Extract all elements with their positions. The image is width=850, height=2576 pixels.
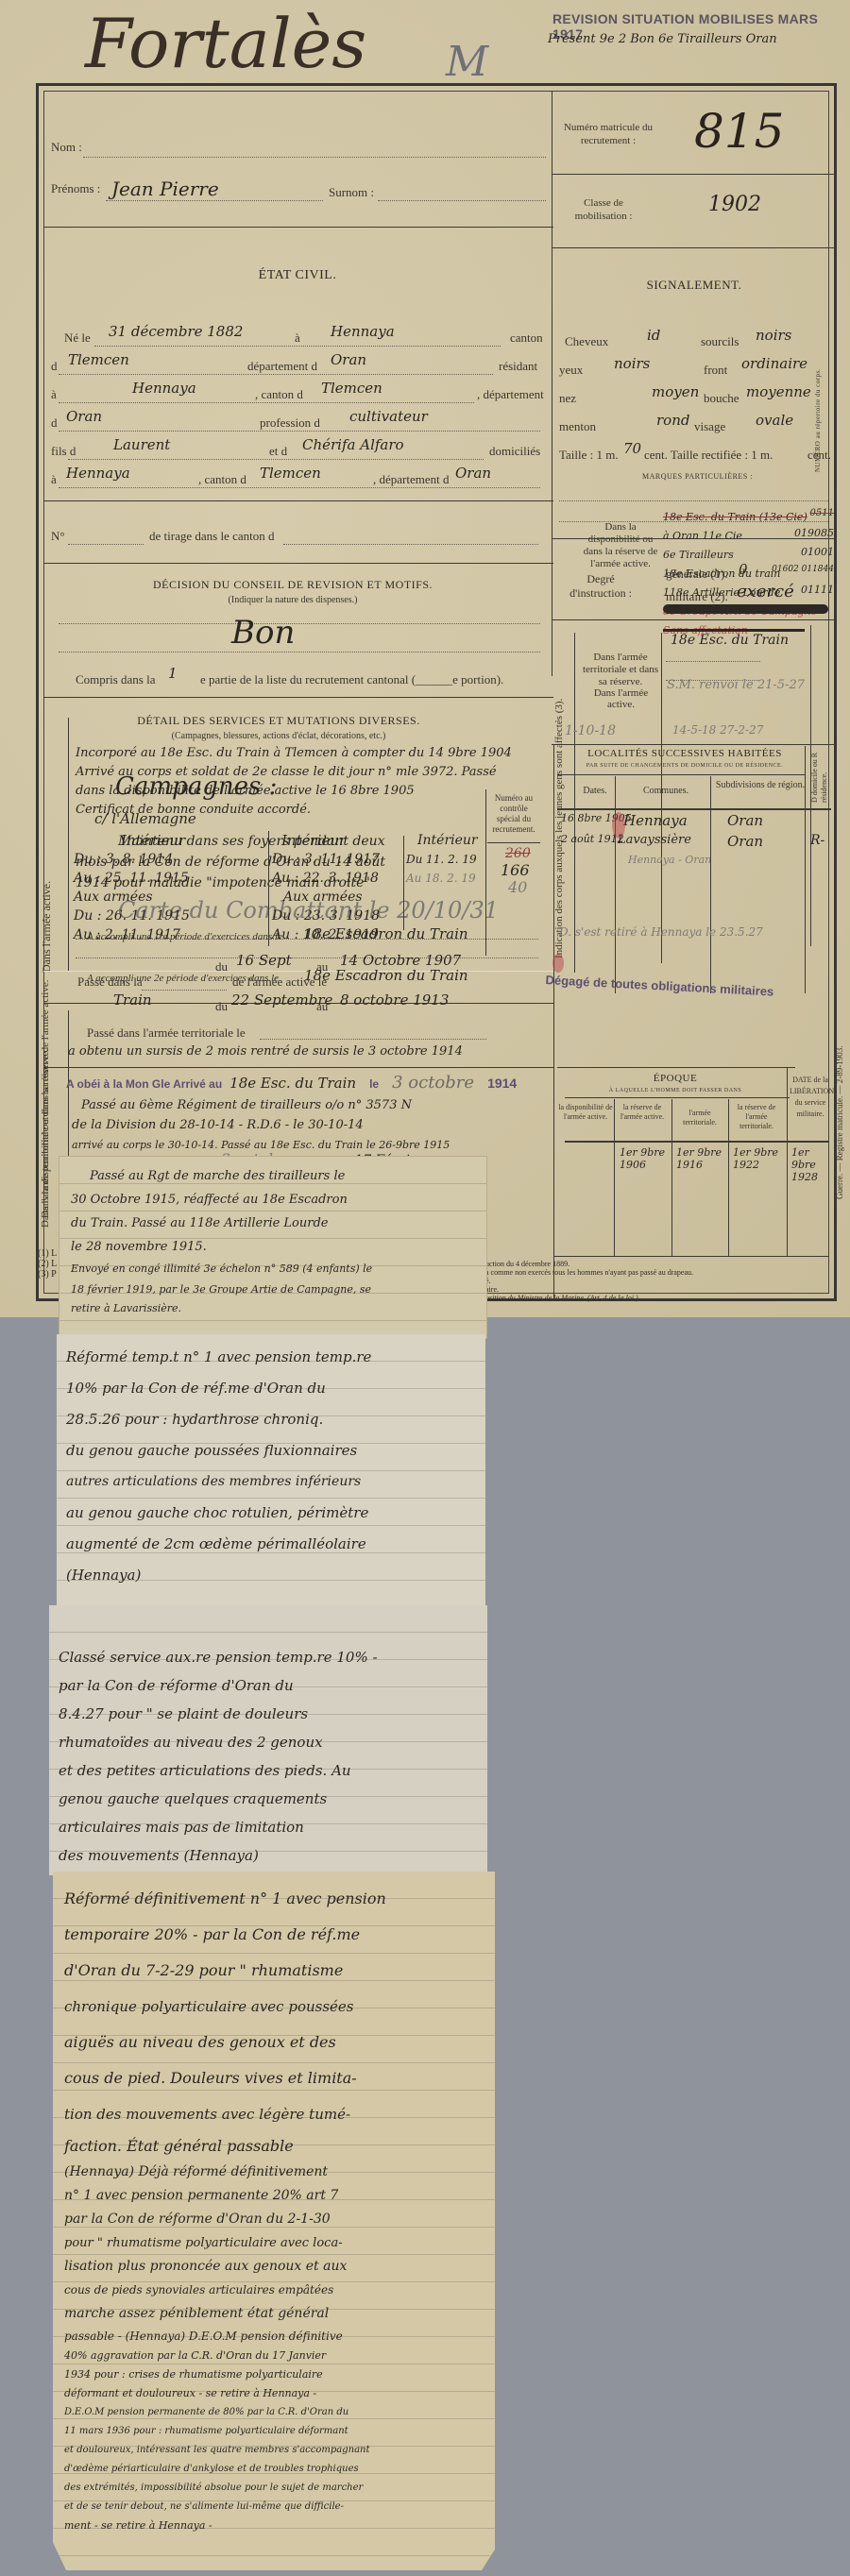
matricule-value: 815: [694, 104, 784, 159]
d-label: d: [51, 359, 58, 374]
nez-label: nez: [559, 391, 576, 406]
campagnes-subtitle: c/ l'Allemagne: [94, 810, 196, 827]
birthplace: Hennaya: [331, 323, 395, 340]
dispo-entry: 118e Artillerie Lourde 01111: [663, 584, 838, 602]
periode2-train: Train: [113, 991, 152, 1008]
controle-label: Numéro au contrôle spécial du recrutemen…: [487, 793, 540, 835]
domicile-value: Hennaya: [66, 465, 130, 482]
residant-label: résidant: [499, 359, 537, 374]
visage-label: visage: [694, 419, 725, 434]
front-value: ordinaire: [741, 355, 807, 372]
mobilisation-side-label: Dans l'armée territoriale et dans sa rés…: [40, 1049, 51, 1228]
periode2-au-label: au: [316, 999, 328, 1014]
visage-value: ovale: [756, 412, 793, 429]
liberation-value: 1er 9bre 1928: [791, 1146, 831, 1183]
surnom-label: Surnom :: [329, 185, 374, 200]
sourcils-value: noirs: [756, 327, 791, 344]
menton-value: rond: [656, 412, 689, 429]
pasted-slip-3: Classé service aux.re pension temp.re 10…: [49, 1605, 487, 1875]
epoque-col-reserve-terr: la réserve de l'armée territoriale.: [729, 1103, 784, 1131]
pasted-slip-2: Réformé temp.t n° 1 avec pension temp.re…: [57, 1334, 485, 1606]
classe-label: Classe de mobilisation :: [561, 196, 646, 223]
epoque-reserve-terr-value: 1er 9bre 1922: [733, 1146, 785, 1171]
canton-label-3: , canton d: [198, 472, 246, 487]
cheveux-value: id: [647, 327, 660, 344]
epoque-reserve-value: 1er 9bre 1906: [620, 1146, 671, 1171]
dispo-entry: Sans affectation: [663, 621, 838, 640]
territoriale-value: S.M. renvoi le 21-5-27: [667, 678, 805, 692]
localites-subtitle: PAR SUITE DE CHANGEMENTS DE DOMICILE OU …: [557, 763, 812, 769]
departement-label: département d: [247, 359, 317, 374]
localites-title: LOCALITÉS SUCCESSIVES HABITÉES: [557, 748, 812, 759]
stamp-note: Présent 9e 2 Bon 6e Tirailleurs Oran: [548, 32, 777, 46]
etat-civil-title: ÉTAT CIVIL.: [142, 268, 453, 283]
controle-value: 166: [501, 861, 530, 879]
periode1-du: 16 Sept: [236, 952, 292, 969]
epoque-territoriale-value: 1er 9bre 1916: [676, 1146, 728, 1171]
dispo-entry: 18e Esc. du Train (13e Cie) 0511: [663, 508, 838, 527]
pasted-slip-4: Réformé définitivement n° 1 avec pension…: [53, 1872, 495, 2570]
taille-label: Taille : 1 m.: [559, 448, 619, 463]
domicile-canton: Tlemcen: [260, 465, 321, 482]
epoque-col-dispo: la disponibilité de l'armée active.: [557, 1103, 614, 1122]
bouche-value: moyenne: [746, 383, 811, 400]
epoque-col-reserve: la réserve de l'armée active.: [614, 1103, 671, 1122]
periode2-label: A accompli une 2e période d'exercices da…: [87, 973, 279, 984]
cheveux-label: Cheveux: [565, 334, 608, 349]
d-label-2: d: [51, 415, 58, 431]
profession-label: profession d: [260, 415, 320, 431]
tirage-label: de tirage dans le canton d: [149, 529, 274, 544]
profession-value: cultivateur: [349, 408, 428, 425]
epoque-title: ÉPOQUE: [557, 1073, 793, 1084]
compris-value: 1: [168, 665, 178, 682]
canton-label-2: , canton d: [255, 387, 303, 402]
dispo-entry: 6e Tirailleurs 01001: [663, 546, 838, 565]
domicile-departement: Oran: [455, 465, 491, 482]
periode2-au: 8 octobre 1913: [340, 991, 449, 1008]
yeux-value: noirs: [614, 355, 650, 372]
periode2-unit: 18e Escadron du Train: [304, 967, 468, 984]
localite-row: 16 8bre 1905 Hennaya Oran: [557, 812, 831, 833]
margin-mark: M: [446, 38, 488, 86]
compris-suffix: e partie de la liste du recrutement cant…: [200, 672, 503, 687]
campagnes-column: Intérieur Du 11. 2. 19 Au 18. 2. 19: [406, 831, 486, 888]
prenoms-label: Prénoms :: [51, 181, 100, 196]
signalement-title: SIGNALEMENT.: [567, 278, 822, 293]
marques-label: MARQUES PARTICULIÈRES :: [642, 472, 753, 481]
pencil-date-2: 14-5-18 27-2-27: [672, 723, 763, 737]
dispo-label: Dans la disponibilité ou dans la réserve…: [578, 521, 663, 570]
et-label: et d: [269, 444, 287, 459]
compris-prefix: Compris dans la: [76, 672, 156, 687]
birth-date: 31 décembre 1882: [109, 323, 243, 340]
taille-rectifiee-label: cent. Taille rectifiée : 1 m.: [644, 448, 773, 463]
residence-canton: Tlemcen: [321, 380, 382, 397]
front-label: front: [704, 363, 727, 378]
localites-rows: 16 8bre 1905 Hennaya Oran 2 août 1912 La…: [557, 812, 831, 874]
pencil-date-1: 1-10-18: [565, 723, 616, 738]
dispo-entry: 18e Escadron du train 01602 011844: [663, 565, 838, 584]
detail-title: DÉTAIL DES SERVICES ET MUTATIONS DIVERSE…: [113, 714, 444, 728]
registre-side-print: Guerre. — Registre matricule. — 2-89-190…: [835, 1046, 844, 1199]
periode1-unit: 18e Escadron du Train: [304, 925, 468, 942]
localite-row: 2 août 1912 Lavayssière Oran R-: [557, 833, 831, 854]
decision-subtitle: (Indiquer la nature des dispenses.): [94, 595, 491, 605]
dispo-entry: à Oran 11e Cie 019085: [663, 527, 838, 546]
departement-label-2: , département: [477, 387, 544, 402]
dispo-entry: 8e Groupe Art. de Campagne: [663, 602, 838, 621]
active-label: Dans l'armée active.: [581, 687, 661, 710]
instruction-label: Degré d'instruction :: [563, 572, 638, 601]
controle-pencil: 40: [508, 878, 527, 896]
bouche-label: bouche: [704, 391, 739, 406]
domicilies-label: domiciliés: [489, 444, 540, 459]
a-label-2: à: [51, 387, 57, 402]
ne-le-label: Né le: [64, 330, 91, 346]
localite-row: Hennaya - Oran: [557, 854, 831, 874]
prenoms-value: Jean Pierre: [111, 178, 219, 200]
campagnes-title: Campagnes :: [115, 772, 277, 801]
departement-value: Oran: [331, 351, 366, 368]
epoque-subtitle: À LAQUELLE L'HOMME DOIT PASSER DANS: [557, 1088, 793, 1093]
detail-subtitle: (Campagnes, blessures, actions d'éclat, …: [113, 731, 444, 741]
decision-title: DÉCISION DU CONSEIL DE REVISION ET MOTIF…: [94, 578, 491, 592]
campagnes-column: Intérieur Du : 3. 8. 1914 Au : 25. 11. 1…: [74, 831, 263, 944]
localites-col-subdivisions: Subdivisions de région.: [713, 780, 807, 791]
nom-label: Nom :: [51, 140, 82, 155]
departement-label-3: , département d: [373, 472, 450, 487]
localites-col-communes: Communes.: [619, 786, 713, 796]
mother-value: Chérifa Alfaro: [302, 436, 404, 453]
footnotes-right: ...uction du 4 décembre 1889. ...a comme…: [480, 1260, 693, 1302]
numero-repertoire-label: NUMÉRO au répertoire du corps.: [814, 368, 822, 472]
periode2-du-label: du: [215, 999, 228, 1014]
liberation-label: DATE de la LIBÉRATION du service militai…: [790, 1075, 831, 1120]
classe-value: 1902: [708, 193, 761, 216]
decision-value: Bon: [231, 614, 295, 652]
campagnes-territoriale-label: Passé dans l'armée territoriale le: [87, 1025, 246, 1041]
nez-value: moyen: [652, 383, 699, 400]
territoriale-affectation-label: Dans l'armée territoriale et dans sa rés…: [578, 652, 663, 688]
sursis-line: a obtenu un sursis de 2 mois rentré de s…: [68, 1044, 463, 1059]
pasted-slip-1: Passé au Rgt de marche des tirailleurs l…: [59, 1156, 487, 1339]
canton-value: Tlemcen: [68, 351, 129, 368]
canton-label: canton: [510, 330, 543, 346]
menton-label: menton: [559, 419, 596, 434]
fils-label: fils d: [51, 444, 76, 459]
mobilisation-stamp: A obéi à la Mon Gle Arrivé au 18e Esc. d…: [66, 1073, 517, 1093]
matricule-label: Numéro matricule du recrutement :: [561, 121, 655, 147]
detail-side-label: Dans l'armée active.: [40, 881, 54, 973]
localites-col-dr: D domicile ou R résidence.: [810, 746, 829, 803]
a-label: à: [295, 330, 300, 346]
military-register-sheet: Fortalès M REVISION SITUATION MOBILISES …: [0, 0, 850, 1317]
sourcils-label: sourcils: [701, 334, 739, 349]
periode1-label: A accompli une 1re période d'exercices d…: [87, 931, 282, 942]
father-value: Laurent: [113, 436, 170, 453]
epoque-col-territoriale: l'armée territoriale.: [672, 1109, 727, 1127]
a-label-3: à: [51, 472, 57, 487]
controle-struck: 260: [505, 846, 531, 861]
localites-pencil-note: D. s'est retiré à Hennaya le 23.5.27: [559, 921, 805, 943]
dispo-entries: 18e Esc. du Train (13e Cie) 0511 à Oran …: [663, 508, 838, 640]
residence-value: Hennaya: [132, 380, 196, 397]
yeux-label: yeux: [559, 363, 583, 378]
taille-value: 70: [623, 440, 641, 457]
surname-handwritten: Fortalès: [85, 6, 366, 81]
no-label: N°: [51, 529, 65, 544]
footnotes-left: (1) L (2) L (3) P: [38, 1248, 57, 1280]
residence-departement: Oran: [66, 408, 102, 425]
